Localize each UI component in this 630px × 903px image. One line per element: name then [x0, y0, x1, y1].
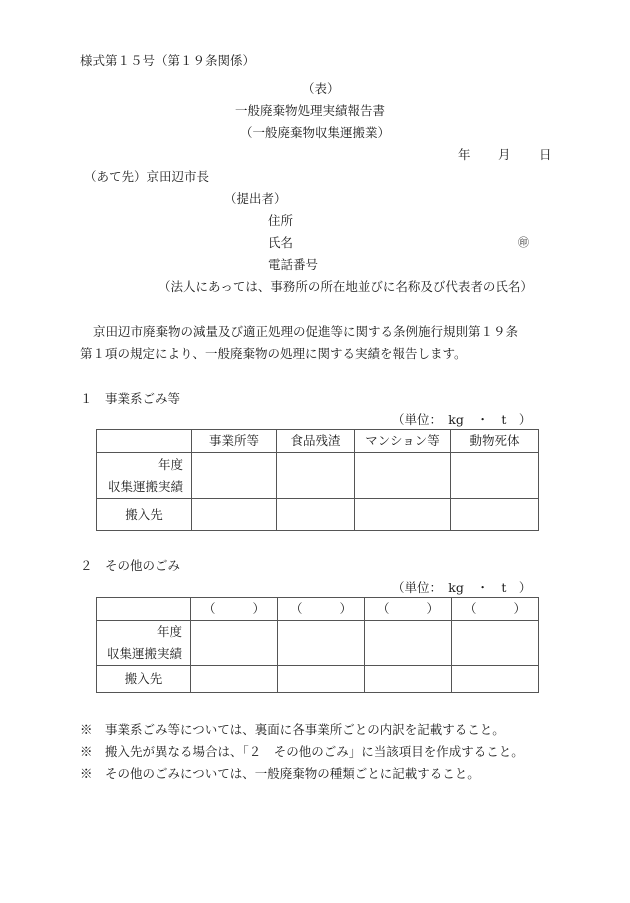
input-cell[interactable]: [452, 621, 539, 666]
input-cell[interactable]: [192, 453, 277, 499]
body-text-line1: 京田辺市廃棄物の減量及び適正処理の促進等に関する条例施行規則第１９条: [93, 324, 518, 340]
input-cell[interactable]: [365, 666, 452, 693]
header-blank: [97, 598, 191, 621]
row-label-results: 年度 収集運搬実績: [97, 621, 191, 666]
section2-table: （） （） （） （） 年度 収集運搬実績 搬入先: [96, 597, 539, 693]
note-1: ※ 事業系ごみ等については、裏面に各事業所ごとの内訳を記載すること。: [80, 722, 505, 738]
date-day: 日: [539, 147, 552, 163]
corporate-note: （法人にあっては、事務所の所在地並びに名称及び代表者の氏名）: [158, 279, 533, 295]
input-cell[interactable]: [278, 621, 365, 666]
side-label: （表）: [302, 81, 340, 97]
name-label: 氏名: [268, 235, 293, 251]
column-header: 食品残渣: [277, 430, 355, 453]
row-label-collection: 収集運搬実績: [97, 643, 182, 665]
form-number: 様式第１５号（第１９条関係）: [80, 53, 255, 69]
row-label-destination: 搬入先: [97, 499, 192, 531]
input-cell[interactable]: [451, 499, 539, 531]
column-header: マンション等: [355, 430, 451, 453]
column-header[interactable]: （）: [191, 598, 278, 621]
input-cell[interactable]: [452, 666, 539, 693]
column-header[interactable]: （）: [452, 598, 539, 621]
submitter-label: （提出者）: [224, 191, 287, 207]
body-text-line2: 第１項の規定により、一般廃棄物の処理に関する実績を報告します。: [80, 346, 467, 362]
header-blank: [97, 430, 192, 453]
document-title: 一般廃棄物処理実績報告書: [235, 103, 385, 119]
note-2: ※ 搬入先が異なる場合は、「２ その他のごみ」に当該項目を作成すること。: [80, 744, 524, 760]
input-cell[interactable]: [365, 621, 452, 666]
section1-unit: （単位： kg ・ t ）: [392, 412, 531, 428]
input-cell[interactable]: [451, 453, 539, 499]
document-subtitle: （一般廃棄物収集運搬業）: [240, 125, 390, 141]
input-cell[interactable]: [355, 453, 451, 499]
row-label-results: 年度 収集運搬実績: [97, 453, 192, 499]
note-3: ※ その他のごみについては、一般廃棄物の種類ごとに記載すること。: [80, 766, 480, 782]
section2-unit: （単位： kg ・ t ）: [392, 580, 531, 596]
row-label-year: 年度: [97, 621, 182, 643]
seal-icon: ㊞: [518, 235, 529, 251]
section1-table: 事業所等 食品残渣 マンション等 動物死体 年度 収集運搬実績 搬入先: [96, 429, 539, 531]
addressee: （あて先）京田辺市長: [84, 169, 209, 185]
column-header: 動物死体: [451, 430, 539, 453]
phone-label: 電話番号: [268, 257, 318, 273]
input-cell[interactable]: [192, 499, 277, 531]
input-cell[interactable]: [191, 621, 278, 666]
column-header: 事業所等: [192, 430, 277, 453]
input-cell[interactable]: [191, 666, 278, 693]
date-year: 年: [458, 147, 471, 163]
column-header[interactable]: （）: [365, 598, 452, 621]
input-cell[interactable]: [277, 453, 355, 499]
input-cell[interactable]: [278, 666, 365, 693]
input-cell[interactable]: [277, 499, 355, 531]
row-label-collection: 収集運搬実績: [97, 476, 183, 498]
address-label: 住所: [268, 213, 293, 229]
row-label-year: 年度: [97, 454, 183, 476]
column-header[interactable]: （）: [278, 598, 365, 621]
input-cell[interactable]: [355, 499, 451, 531]
row-label-destination: 搬入先: [97, 666, 191, 693]
section2-heading: ２ その他のごみ: [80, 558, 180, 574]
section1-heading: １ 事業系ごみ等: [80, 391, 180, 407]
date-month: 月: [498, 147, 511, 163]
